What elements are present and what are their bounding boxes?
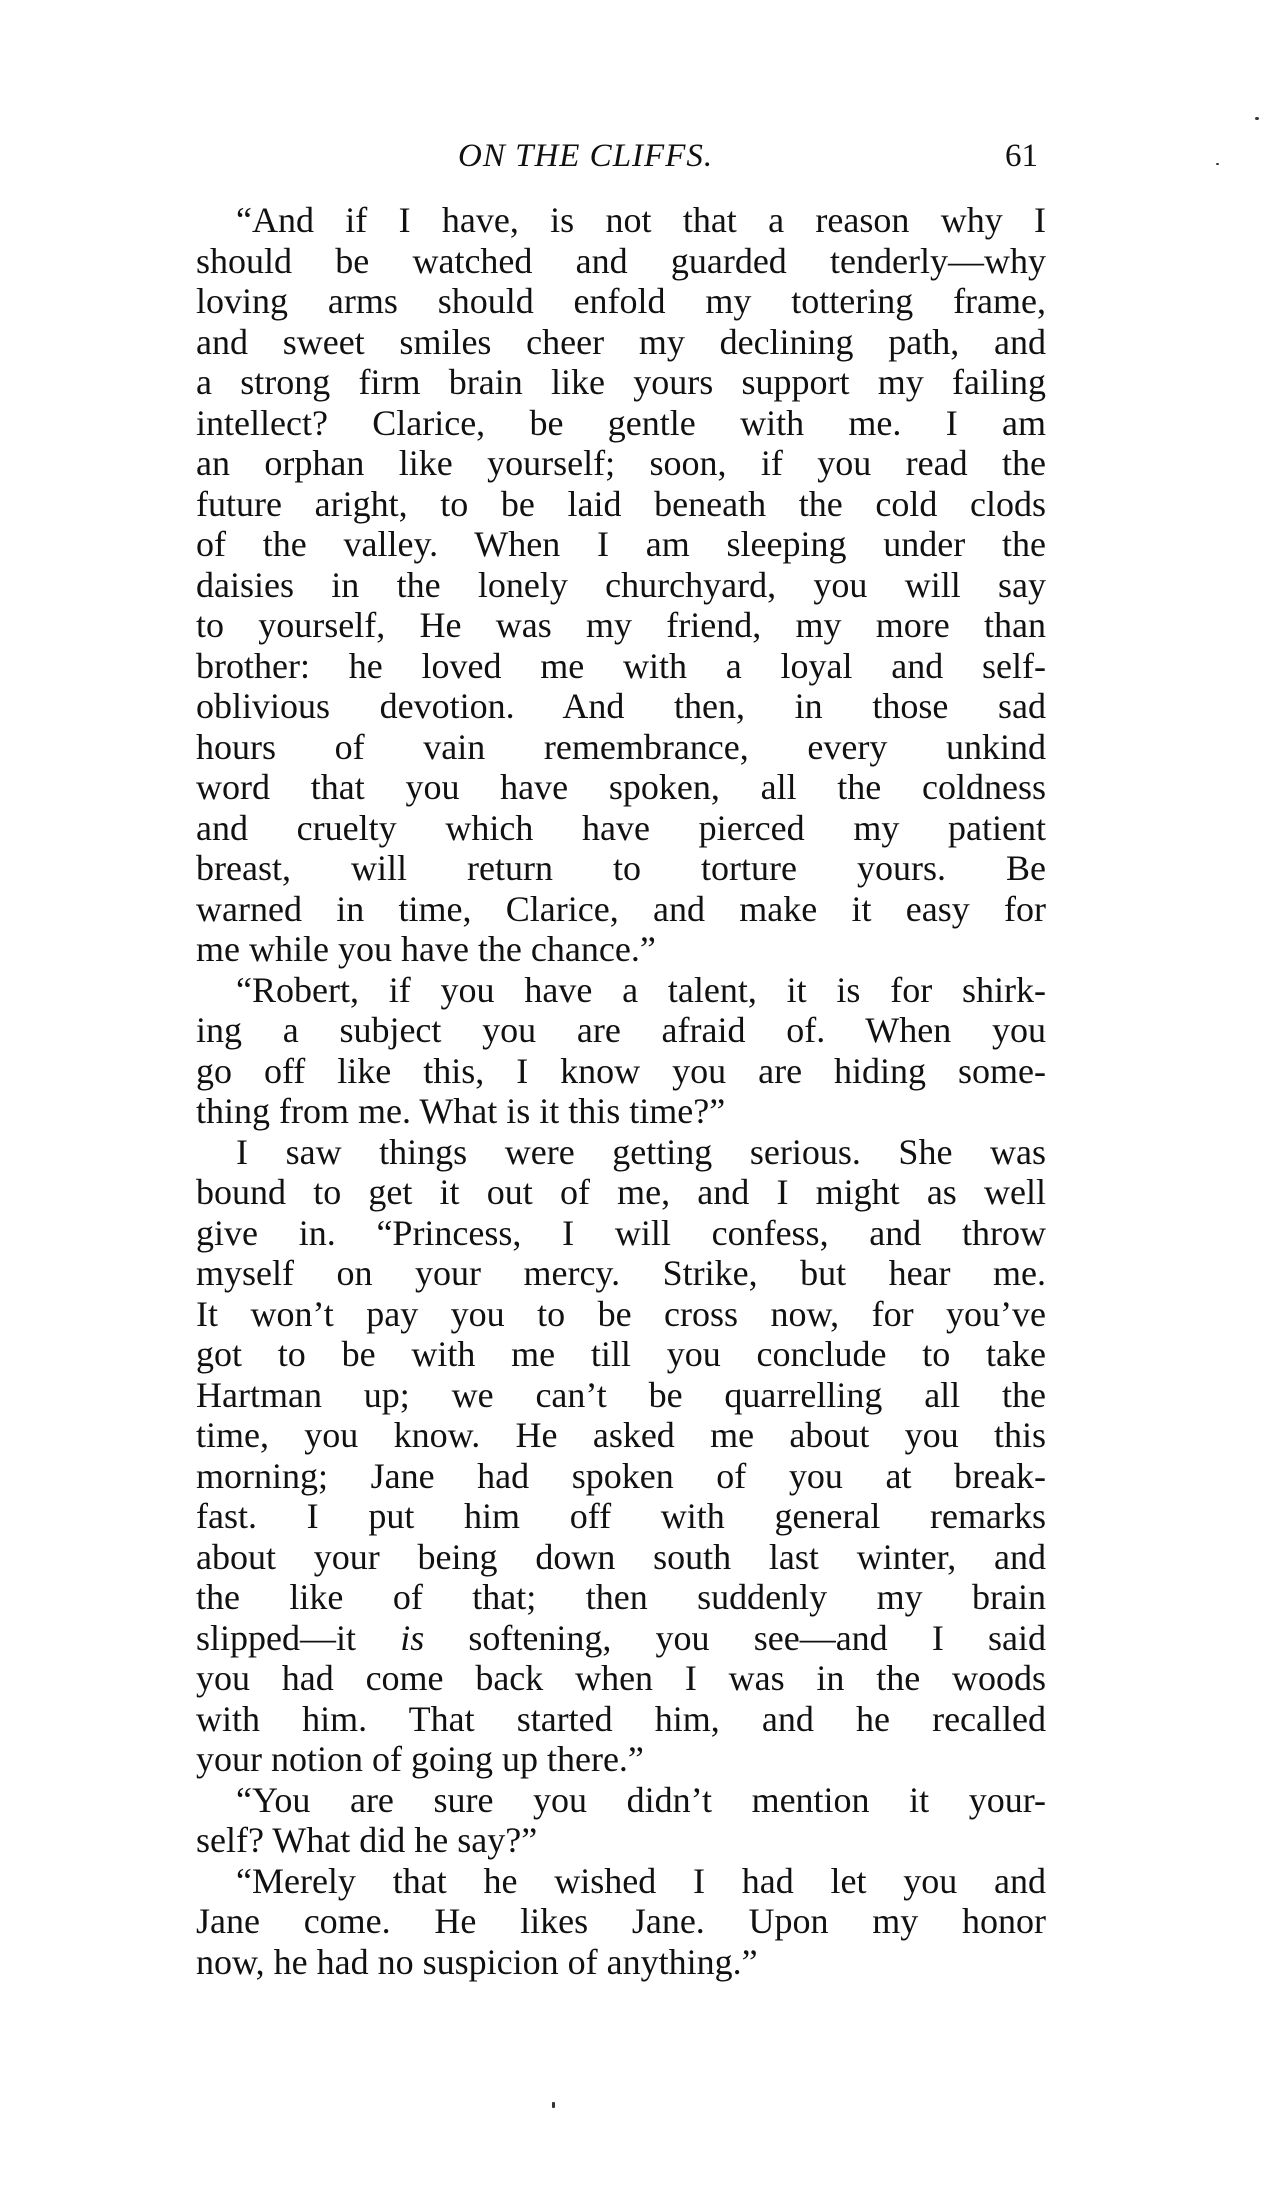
text-segment: slipped—it [196, 1618, 400, 1658]
running-title: ON THE CLIFFS. [458, 134, 713, 178]
text-line: myself on your mercy. Strike, but hear m… [196, 1253, 1046, 1294]
scan-speck [552, 2102, 555, 2108]
page-number: 61 [1005, 134, 1038, 178]
text-line: self? What did he say?” [196, 1820, 1046, 1861]
text-line: about your being down south last winter,… [196, 1537, 1046, 1578]
text-line: Jane come. He likes Jane. Upon my honor [196, 1901, 1046, 1942]
text-line: me while you have the chance.” [196, 929, 1046, 970]
running-head: ON THE CLIFFS. 61 [196, 134, 1046, 178]
text-line: word that you have spoken, all the coldn… [196, 767, 1046, 808]
text-line: brother: he loved me with a loyal and se… [196, 646, 1046, 687]
text-line: with him. That started him, and he recal… [196, 1699, 1046, 1740]
text-line: you had come back when I was in the wood… [196, 1658, 1046, 1699]
text-line: to yourself, He was my friend, my more t… [196, 605, 1046, 646]
text-line: “Merely that he wished I had let you and [196, 1861, 1046, 1902]
text-line: and sweet smiles cheer my declining path… [196, 322, 1046, 363]
text-line: give in. “Princess, I will confess, and … [196, 1213, 1046, 1254]
book-page: ON THE CLIFFS. 61 “And if I have, is not… [0, 0, 1272, 2206]
text-line: go off like this, I know you are hiding … [196, 1051, 1046, 1092]
body-text: “And if I have, is not that a reason why… [196, 200, 1046, 1982]
text-line: the like of that; then suddenly my brain [196, 1577, 1046, 1618]
text-line: your notion of going up there.” [196, 1739, 1046, 1780]
text-line: and cruelty which have pierced my patien… [196, 808, 1046, 849]
text-line: It won’t pay you to be cross now, for yo… [196, 1294, 1046, 1335]
text-line: “And if I have, is not that a reason why… [196, 200, 1046, 241]
italic-emphasis: is [400, 1618, 424, 1658]
text-line: breast, will return to torture yours. Be [196, 848, 1046, 889]
text-line: loving arms should enfold my tottering f… [196, 281, 1046, 322]
text-line: morning; Jane had spoken of you at break… [196, 1456, 1046, 1497]
text-line: of the valley. When I am sleeping under … [196, 524, 1046, 565]
text-line: I saw things were getting serious. She w… [196, 1132, 1046, 1173]
text-line: should be watched and guarded tenderly—w… [196, 241, 1046, 282]
text-line: a strong firm brain like yours support m… [196, 362, 1046, 403]
text-line: future aright, to be laid beneath the co… [196, 484, 1046, 525]
text-line: warned in time, Clarice, and make it eas… [196, 889, 1046, 930]
text-line: ing a subject you are afraid of. When yo… [196, 1010, 1046, 1051]
text-line: got to be with me till you conclude to t… [196, 1334, 1046, 1375]
text-line: daisies in the lonely churchyard, you wi… [196, 565, 1046, 606]
text-line: oblivious devotion. And then, in those s… [196, 686, 1046, 727]
text-line: slipped—it is softening, you see—and I s… [196, 1618, 1046, 1659]
scan-speck [1216, 163, 1219, 165]
text-line: “You are sure you didn’t mention it your… [196, 1780, 1046, 1821]
text-line: fast. I put him off with general remarks [196, 1496, 1046, 1537]
text-line: “Robert, if you have a talent, it is for… [196, 970, 1046, 1011]
text-line: thing from me. What is it this time?” [196, 1091, 1046, 1132]
scan-speck [1255, 117, 1259, 120]
text-line: time, you know. He asked me about you th… [196, 1415, 1046, 1456]
text-line: intellect? Clarice, be gentle with me. I… [196, 403, 1046, 444]
text-line: bound to get it out of me, and I might a… [196, 1172, 1046, 1213]
text-line: hours of vain remembrance, every unkind [196, 727, 1046, 768]
text-segment: softening, you see—and I said [424, 1618, 1046, 1658]
text-line: an orphan like yourself; soon, if you re… [196, 443, 1046, 484]
text-line: now, he had no suspicion of anything.” [196, 1942, 1046, 1983]
text-line: Hartman up; we can’t be quarrelling all … [196, 1375, 1046, 1416]
